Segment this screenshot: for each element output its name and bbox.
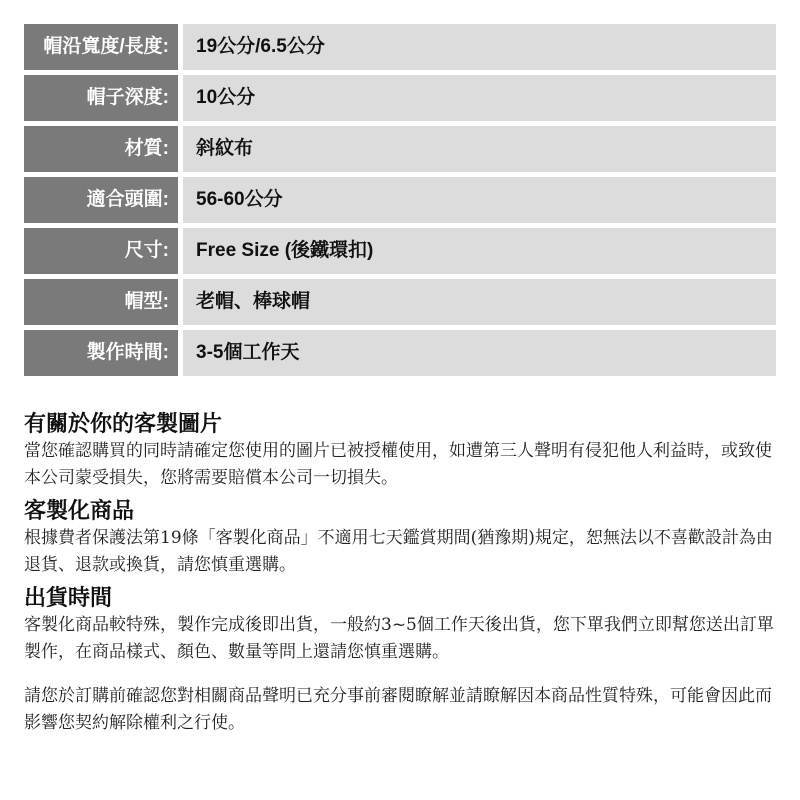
spec-value-head-circumference: 56-60公分 xyxy=(183,177,776,223)
spec-label-material: 材質: xyxy=(24,126,178,172)
section-shipping-time: 出貨時間 客製化商品較特殊，製作完成後即出貨，一般約3~5個工作天後出貨，您下單… xyxy=(24,584,776,666)
spec-value-hat-type: 老帽、棒球帽 xyxy=(183,279,776,325)
spec-label-size: 尺寸: xyxy=(24,228,178,274)
section-body-shipping-time: 客製化商品較特殊，製作完成後即出貨，一般約3~5個工作天後出貨，您下單我們立即幫… xyxy=(24,612,776,666)
spec-value-depth: 10公分 xyxy=(183,75,776,121)
spec-table: 帽沿寬度/長度: 19公分/6.5公分 帽子深度: 10公分 材質: 斜紋布 適… xyxy=(24,24,776,376)
spec-value-brim: 19公分/6.5公分 xyxy=(183,24,776,70)
spec-row-production-time: 製作時間: 3-5個工作天 xyxy=(24,330,776,376)
spec-row-hat-type: 帽型: 老帽、棒球帽 xyxy=(24,279,776,325)
section-heading-shipping-time: 出貨時間 xyxy=(24,584,776,612)
section-body-customized-product: 根據費者保護法第19條「客製化商品」不適用七天鑑賞期間(猶豫期)規定，恕無法以不… xyxy=(24,525,776,579)
spec-row-material: 材質: 斜紋布 xyxy=(24,126,776,172)
spec-row-size: 尺寸: Free Size (後鐵環扣) xyxy=(24,228,776,274)
info-sections: 有關於你的客製圖片 當您確認購買的同時請確定您使用的圖片已被授權使用，如遭第三人… xyxy=(24,410,776,737)
section-body-custom-image: 當您確認購買的同時請確定您使用的圖片已被授權使用，如遭第三人聲明有侵犯他人利益時… xyxy=(24,438,776,492)
spec-label-head-circumference: 適合頭圍: xyxy=(24,177,178,223)
spec-label-brim: 帽沿寬度/長度: xyxy=(24,24,178,70)
section-custom-image: 有關於你的客製圖片 當您確認購買的同時請確定您使用的圖片已被授權使用，如遭第三人… xyxy=(24,410,776,492)
spec-row-brim: 帽沿寬度/長度: 19公分/6.5公分 xyxy=(24,24,776,70)
section-heading-custom-image: 有關於你的客製圖片 xyxy=(24,410,776,438)
section-customized-product: 客製化商品 根據費者保護法第19條「客製化商品」不適用七天鑑賞期間(猶豫期)規定… xyxy=(24,497,776,579)
spec-row-head-circumference: 適合頭圍: 56-60公分 xyxy=(24,177,776,223)
disclaimer-text: 請您於訂購前確認您對相關商品聲明已充分事前審閱瞭解並請瞭解因本商品性質特殊，可能… xyxy=(24,683,776,737)
spec-label-depth: 帽子深度: xyxy=(24,75,178,121)
spec-value-material: 斜紋布 xyxy=(183,126,776,172)
section-heading-customized-product: 客製化商品 xyxy=(24,497,776,525)
spec-value-production-time: 3-5個工作天 xyxy=(183,330,776,376)
spec-label-production-time: 製作時間: xyxy=(24,330,178,376)
spec-row-depth: 帽子深度: 10公分 xyxy=(24,75,776,121)
spec-value-size: Free Size (後鐵環扣) xyxy=(183,228,776,274)
spec-label-hat-type: 帽型: xyxy=(24,279,178,325)
product-description-page: 帽沿寬度/長度: 19公分/6.5公分 帽子深度: 10公分 材質: 斜紋布 適… xyxy=(0,0,800,766)
